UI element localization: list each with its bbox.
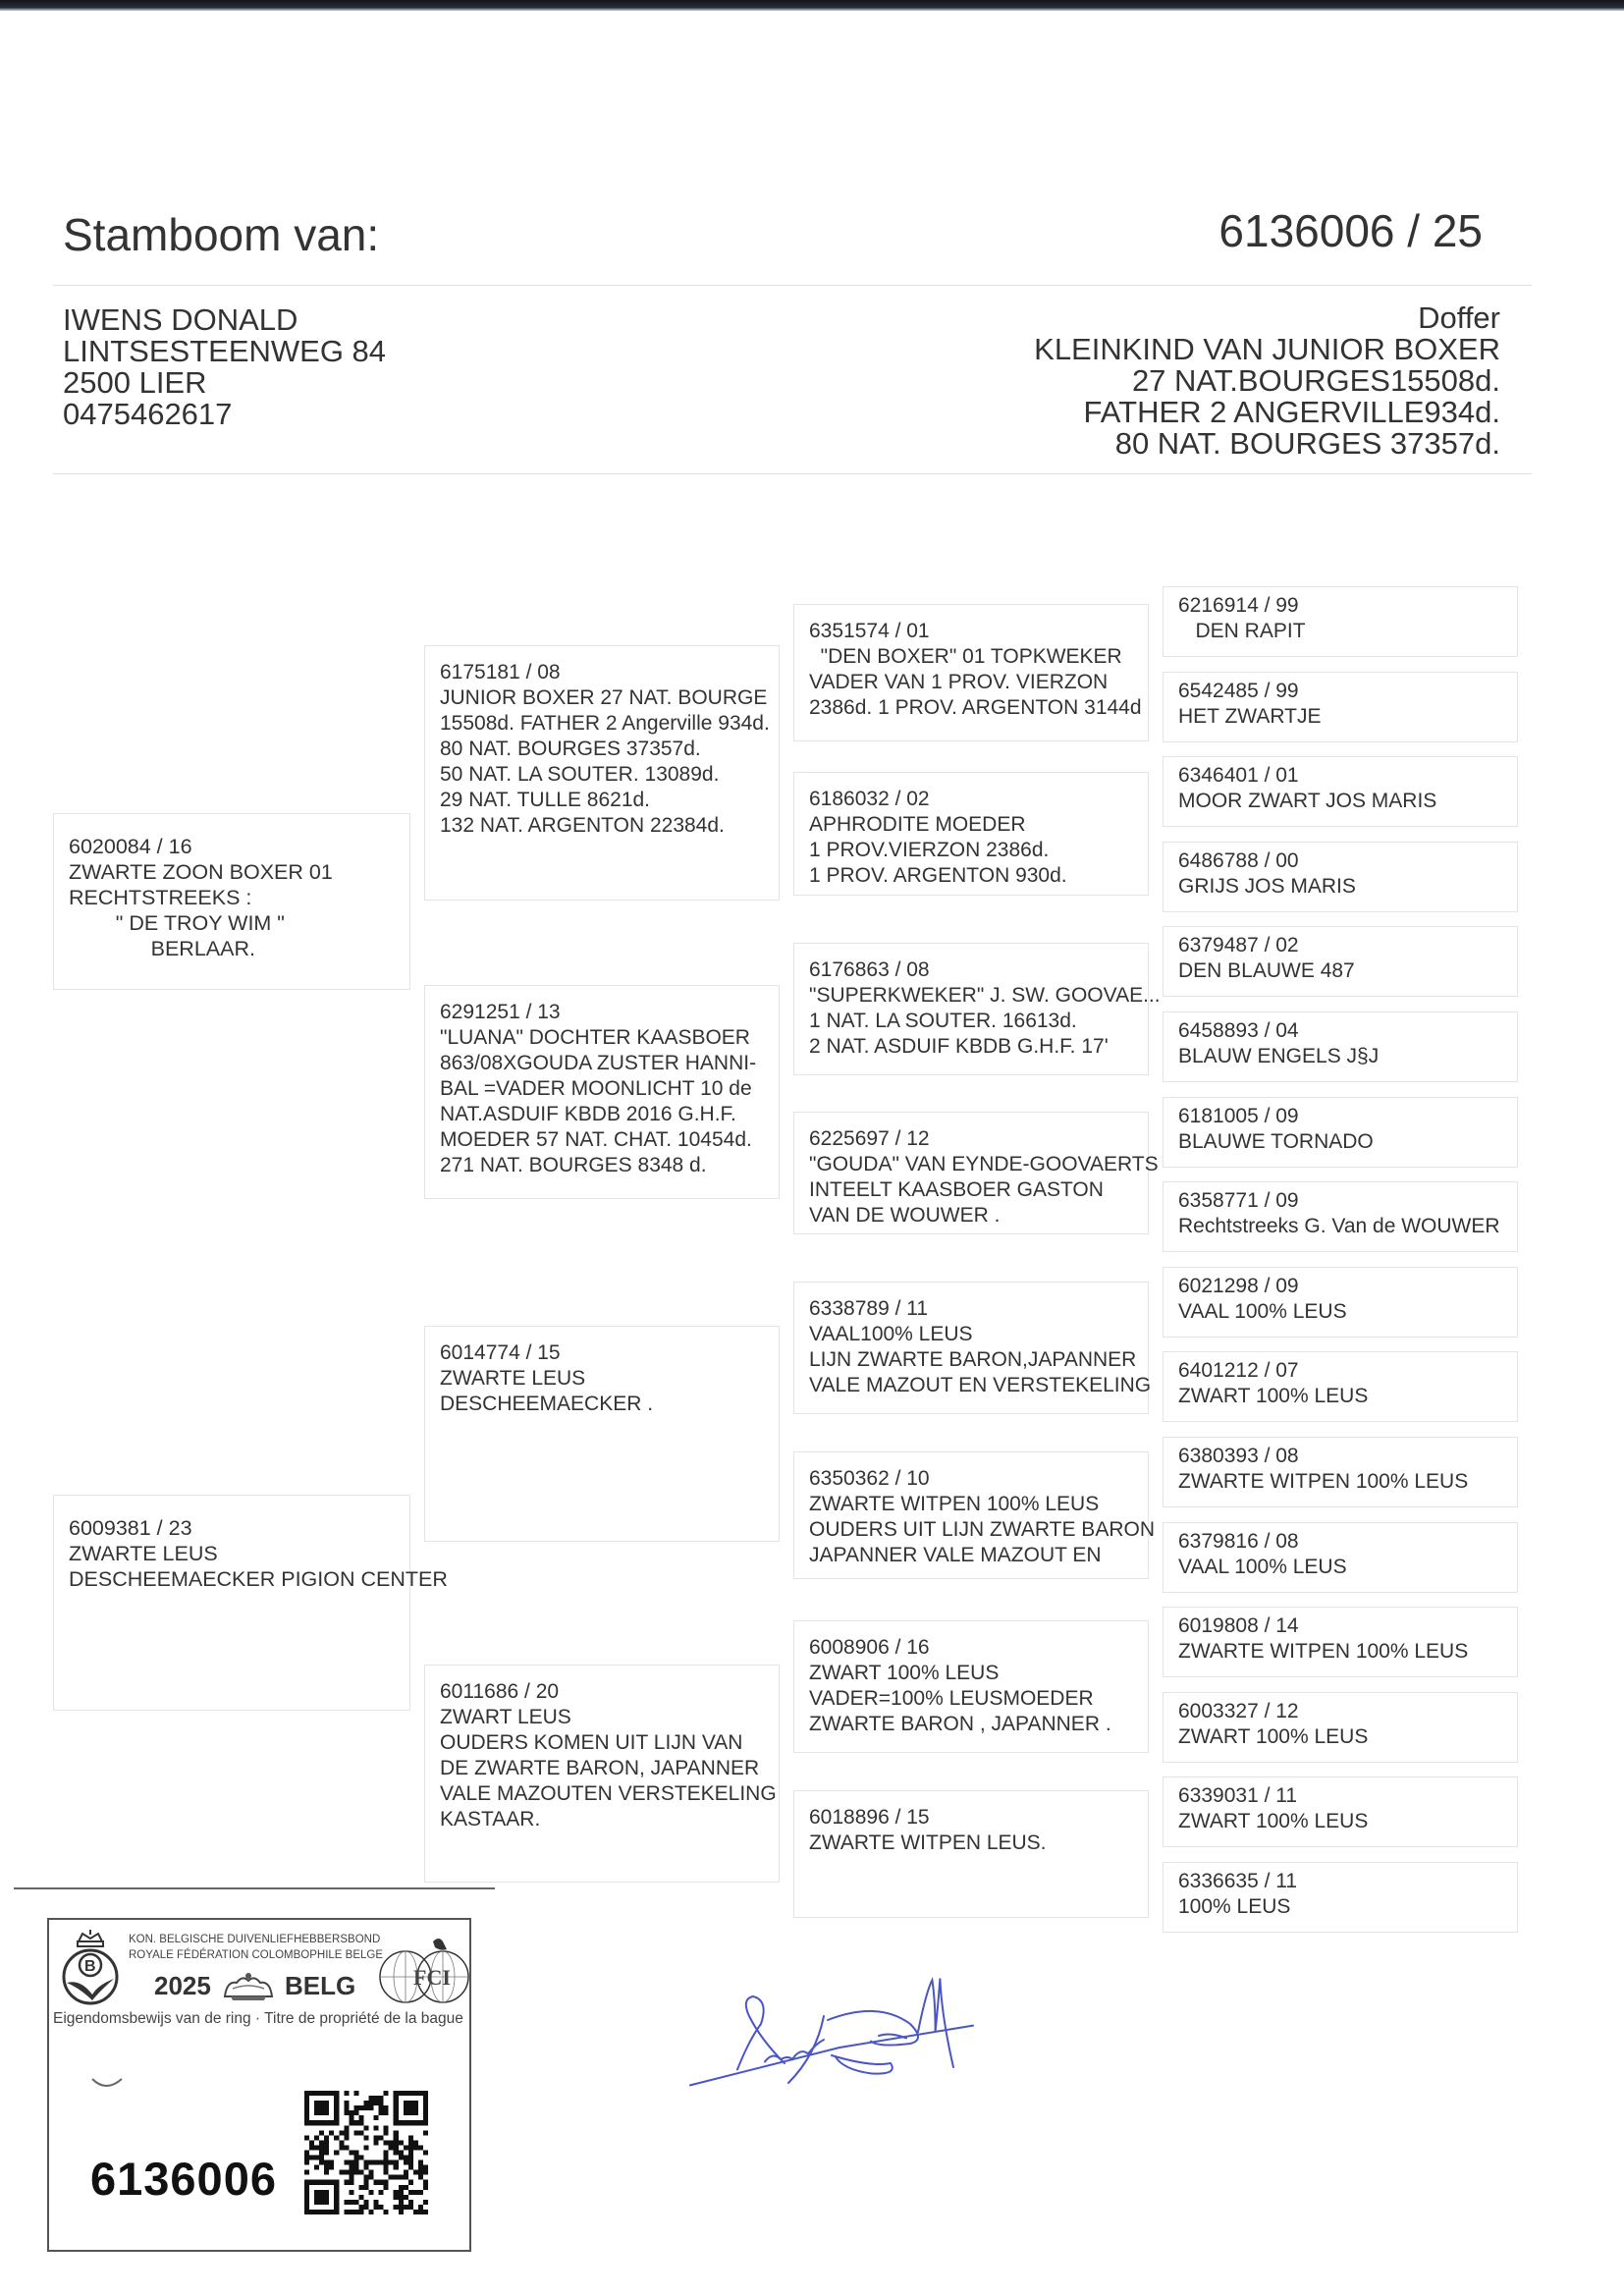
- pedigree-box-great-grandparents: 6351574 / 01 "DEN BOXER" 01 TOPKWEKERVAD…: [793, 604, 1149, 741]
- pedigree-line: ZWARTE WITPEN LEUS.: [809, 1831, 1047, 1856]
- owner-block: IWENS DONALD LINTSESTEENWEG 84 2500 LIER…: [63, 304, 386, 430]
- cert-year: 2025: [154, 1971, 211, 2001]
- pedigree-text: 6009381 / 23ZWARTE LEUSDESCHEEMAECKER PI…: [69, 1515, 448, 1592]
- pedigree-line: "DEN BOXER" 01 TOPKWEKER: [809, 644, 1142, 670]
- ring-number-title: 6136006 / 25: [1218, 204, 1483, 257]
- pedigree-box-great-grandparents: 6225697 / 12"GOUDA" VAN EYNDE-GOOVAERTSI…: [793, 1112, 1149, 1234]
- owner-name: IWENS DONALD: [63, 304, 386, 336]
- pedigree-line: ZWARTE LEUS: [69, 1541, 448, 1566]
- pedigree-box-great-great-grandparents: 6216914 / 99 DEN RAPIT: [1163, 586, 1518, 657]
- pedigree-text: 6542485 / 99HET ZWARTJE: [1178, 679, 1321, 730]
- ring-certificate: B KON. BELGISCHE DUIVENLIEFHEBBERSBOND R…: [47, 1918, 471, 2252]
- pedigree-line: 50 NAT. LA SOUTER. 13089d.: [440, 762, 770, 788]
- pedigree-line: VAN DE WOUWER .: [809, 1203, 1159, 1229]
- pedigree-line: LIJN ZWARTE BARON,JAPANNER: [809, 1347, 1151, 1373]
- pedigree-text: 6020084 / 16ZWARTE ZOON BOXER 01RECHTSTR…: [69, 834, 333, 961]
- pedigree-line: ZWARTE WITPEN 100% LEUS: [809, 1492, 1155, 1517]
- pedigree-ring-number: 6346401 / 01: [1178, 763, 1436, 789]
- pedigree-ring-number: 6339031 / 11: [1178, 1783, 1368, 1809]
- owner-city: 2500 LIER: [63, 367, 386, 399]
- pedigree-text: 6358771 / 09Rechtstreeks G. Van de WOUWE…: [1178, 1188, 1500, 1239]
- pedigree-line: 80 NAT. BOURGES 37357d.: [440, 737, 770, 762]
- pedigree-text: 6336635 / 11100% LEUS: [1178, 1869, 1297, 1920]
- pedigree-text: 6018896 / 15ZWARTE WITPEN LEUS.: [809, 1805, 1047, 1856]
- pedigree-text: 6346401 / 01MOOR ZWART JOS MARIS: [1178, 763, 1436, 814]
- bird-line: 80 NAT. BOURGES 37357d.: [1034, 428, 1500, 460]
- pedigree-line: 132 NAT. ARGENTON 22384d.: [440, 813, 770, 839]
- pedigree-ring-number: 6351574 / 01: [809, 619, 1142, 644]
- pedigree-ring-number: 6380393 / 08: [1178, 1444, 1468, 1469]
- pedigree-box-grandparents: 6175181 / 08JUNIOR BOXER 27 NAT. BOURGE1…: [424, 645, 780, 901]
- signature: [648, 1969, 1031, 2126]
- pedigree-line: HET ZWARTJE: [1178, 704, 1321, 730]
- pedigree-text: 6486788 / 00GRIJS JOS MARIS: [1178, 848, 1356, 900]
- pedigree-box-great-grandparents: 6018896 / 15ZWARTE WITPEN LEUS.: [793, 1790, 1149, 1918]
- pedigree-box-great-grandparents: 6350362 / 10ZWARTE WITPEN 100% LEUSOUDER…: [793, 1451, 1149, 1579]
- pedigree-ring-number: 6009381 / 23: [69, 1515, 448, 1541]
- pedigree-line: BLAUWE TORNADO: [1178, 1129, 1374, 1155]
- pedigree-box-great-grandparents: 6008906 / 16ZWART 100% LEUSVADER=100% LE…: [793, 1620, 1149, 1753]
- pedigree-box-great-great-grandparents: 6181005 / 09BLAUWE TORNADO: [1163, 1097, 1518, 1168]
- pedigree-line: 100% LEUS: [1178, 1894, 1297, 1920]
- pedigree-text: 6338789 / 11VAAL100% LEUSLIJN ZWARTE BAR…: [809, 1296, 1151, 1398]
- pedigree-line: " DE TROY WIM ": [69, 910, 333, 936]
- pedigree-line: 2 NAT. ASDUIF KBDB G.H.F. 17': [809, 1034, 1161, 1060]
- fci-globe-pigeon-logo: FCI: [376, 1936, 472, 2004]
- pedigree-line: DESCHEEMAECKER PIGION CENTER: [69, 1566, 448, 1592]
- pedigree-line: VALE MAZOUTEN VERSTEKELING: [440, 1781, 777, 1807]
- pedigree-line: MOEDER 57 NAT. CHAT. 10454d.: [440, 1127, 756, 1153]
- pedigree-line: APHRODITE MOEDER: [809, 812, 1067, 838]
- pedigree-ring-number: 6379816 / 08: [1178, 1529, 1347, 1555]
- pedigree-box-grandparents: 6011686 / 20ZWART LEUSOUDERS KOMEN UIT L…: [424, 1665, 780, 1883]
- pedigree-line: VADER=100% LEUSMOEDER: [809, 1686, 1111, 1712]
- pedigree-ring-number: 6018896 / 15: [809, 1805, 1047, 1831]
- pedigree-box-great-great-grandparents: 6380393 / 08ZWARTE WITPEN 100% LEUS: [1163, 1437, 1518, 1507]
- bird-line: 27 NAT.BOURGES15508d.: [1034, 365, 1500, 397]
- pedigree-ring-number: 6008906 / 16: [809, 1635, 1111, 1661]
- pedigree-line: 271 NAT. BOURGES 8348 d.: [440, 1153, 756, 1178]
- pedigree-text: 6003327 / 12ZWART 100% LEUS: [1178, 1699, 1368, 1750]
- pedigree-line: ZWART 100% LEUS: [809, 1661, 1111, 1686]
- pedigree-text: 6216914 / 99 DEN RAPIT: [1178, 593, 1306, 644]
- pedigree-text: 6350362 / 10ZWARTE WITPEN 100% LEUSOUDER…: [809, 1466, 1155, 1568]
- pedigree-line: KASTAAR.: [440, 1807, 777, 1832]
- pedigree-ring-number: 6216914 / 99: [1178, 593, 1306, 619]
- pedigree-line: VAAL 100% LEUS: [1178, 1299, 1347, 1325]
- pedigree-text: 6176863 / 08"SUPERKWEKER" J. SW. GOOVAE.…: [809, 957, 1161, 1060]
- pedigree-text: 6401212 / 07ZWART 100% LEUS: [1178, 1358, 1368, 1409]
- pedigree-line: JUNIOR BOXER 27 NAT. BOURGE: [440, 685, 770, 711]
- pedigree-ring-number: 6291251 / 13: [440, 1000, 756, 1025]
- pedigree-line: ZWART 100% LEUS: [1178, 1724, 1368, 1750]
- org-name-nl: KON. BELGISCHE DUIVENLIEFHEBBERSBOND: [129, 1934, 380, 1945]
- pedigree-ring-number: 6542485 / 99: [1178, 679, 1321, 704]
- pedigree-line: ZWARTE ZOON BOXER 01: [69, 859, 333, 885]
- pedigree-line: ZWART 100% LEUS: [1178, 1809, 1368, 1834]
- pedigree-text: 6291251 / 13"LUANA" DOCHTER KAASBOER863/…: [440, 1000, 756, 1178]
- pedigree-line: ZWARTE WITPEN 100% LEUS: [1178, 1469, 1468, 1495]
- bird-line: KLEINKIND VAN JUNIOR BOXER: [1034, 334, 1500, 365]
- pedigree-line: RECHTSTREEKS :: [69, 885, 333, 910]
- page-title: Stamboom van:: [63, 208, 379, 261]
- pedigree-line: NAT.ASDUIF KBDB 2016 G.H.F.: [440, 1102, 756, 1127]
- pedigree-line: "LUANA" DOCHTER KAASBOER: [440, 1025, 756, 1051]
- header-divider: [53, 285, 1532, 286]
- pedigree-line: ZWART LEUS: [440, 1705, 777, 1730]
- pedigree-box-great-grandparents: 6186032 / 02APHRODITE MOEDER1 PROV.VIERZ…: [793, 772, 1149, 896]
- org-name-fr: ROYALE FÉDÉRATION COLOMBOPHILE BELGE: [129, 1949, 383, 1961]
- pedigree-line: MOOR ZWART JOS MARIS: [1178, 789, 1436, 814]
- pedigree-line: DE ZWARTE BARON, JAPANNER: [440, 1756, 777, 1781]
- pedigree-line: DESCHEEMAECKER .: [440, 1392, 653, 1417]
- pedigree-line: BERLAAR.: [69, 936, 333, 961]
- pedigree-text: 6008906 / 16ZWART 100% LEUSVADER=100% LE…: [809, 1635, 1111, 1737]
- pedigree-line: 2386d. 1 PROV. ARGENTON 3144d: [809, 695, 1142, 721]
- pedigree-text: 6181005 / 09BLAUWE TORNADO: [1178, 1104, 1374, 1155]
- pedigree-text: 6379487 / 02DEN BLAUWE 487: [1178, 933, 1355, 984]
- pedigree-line: JAPANNER VALE MAZOUT EN: [809, 1543, 1155, 1568]
- pedigree-ring-number: 6379487 / 02: [1178, 933, 1355, 958]
- pedigree-ring-number: 6358771 / 09: [1178, 1188, 1500, 1214]
- bird-sex: Doffer: [1034, 302, 1500, 334]
- svg-text:FCI: FCI: [413, 1965, 451, 1990]
- pedigree-line: OUDERS UIT LIJN ZWARTE BARON: [809, 1517, 1155, 1543]
- pedigree-ring-number: 6020084 / 16: [69, 834, 333, 859]
- pedigree-line: "SUPERKWEKER" J. SW. GOOVAE...: [809, 983, 1161, 1009]
- pedigree-text: 6175181 / 08JUNIOR BOXER 27 NAT. BOURGE1…: [440, 660, 770, 839]
- pedigree-box-great-great-grandparents: 6336635 / 11100% LEUS: [1163, 1862, 1518, 1933]
- qr-code: [304, 2091, 428, 2214]
- pedigree-line: 29 NAT. TULLE 8621d.: [440, 788, 770, 813]
- pedigree-line: VAAL 100% LEUS: [1178, 1555, 1347, 1580]
- owner-phone: 0475462617: [63, 399, 386, 430]
- pedigree-line: 1 PROV. ARGENTON 930d.: [809, 863, 1067, 889]
- pedigree-line: DEN BLAUWE 487: [1178, 958, 1355, 984]
- pedigree-box-great-great-grandparents: 6021298 / 09VAAL 100% LEUS: [1163, 1267, 1518, 1338]
- pedigree-ring-number: 6486788 / 00: [1178, 848, 1356, 874]
- pedigree-text: 6351574 / 01 "DEN BOXER" 01 TOPKWEKERVAD…: [809, 619, 1142, 721]
- pedigree-ring-number: 6350362 / 10: [809, 1466, 1155, 1492]
- pedigree-text: 6186032 / 02APHRODITE MOEDER1 PROV.VIERZ…: [809, 787, 1067, 889]
- crown-emblem: [221, 1971, 276, 2002]
- pedigree-line: "GOUDA" VAN EYNDE-GOOVAERTS: [809, 1152, 1159, 1177]
- pedigree-box-parents: 6020084 / 16ZWARTE ZOON BOXER 01RECHTSTR…: [53, 813, 410, 990]
- pedigree-ring-number: 6003327 / 12: [1178, 1699, 1368, 1724]
- pedigree-line: BLAUW ENGELS J§J: [1178, 1044, 1379, 1069]
- pedigree-box-grandparents: 6291251 / 13"LUANA" DOCHTER KAASBOER863/…: [424, 985, 780, 1199]
- pedigree-box-great-great-grandparents: 6458893 / 04BLAUW ENGELS J§J: [1163, 1011, 1518, 1082]
- pedigree-line: ZWARTE BARON , JAPANNER .: [809, 1712, 1111, 1737]
- pedigree-ring-number: 6401212 / 07: [1178, 1358, 1368, 1384]
- pedigree-box-great-great-grandparents: 6358771 / 09Rechtstreeks G. Van de WOUWE…: [1163, 1181, 1518, 1252]
- pedigree-text: 6458893 / 04BLAUW ENGELS J§J: [1178, 1018, 1379, 1069]
- cert-caption: Eigendomsbewijs van de ring · Titre de p…: [53, 2010, 463, 2028]
- pedigree-line: OUDERS KOMEN UIT LIJN VAN: [440, 1730, 777, 1756]
- pedigree-text: 6380393 / 08ZWARTE WITPEN 100% LEUS: [1178, 1444, 1468, 1495]
- pedigree-line: VAAL100% LEUS: [809, 1322, 1151, 1347]
- pedigree-box-great-great-grandparents: 6401212 / 07ZWART 100% LEUS: [1163, 1351, 1518, 1422]
- pedigree-line: DEN RAPIT: [1178, 619, 1306, 644]
- pedigree-text: 6021298 / 09VAAL 100% LEUS: [1178, 1274, 1347, 1325]
- pedigree-line: 1 PROV.VIERZON 2386d.: [809, 838, 1067, 863]
- pedigree-box-great-great-grandparents: 6019808 / 14ZWARTE WITPEN 100% LEUS: [1163, 1607, 1518, 1677]
- pedigree-ring-number: 6011686 / 20: [440, 1679, 777, 1705]
- cert-country: BELG: [285, 1971, 355, 2001]
- pedigree-box-great-great-grandparents: 6379816 / 08VAAL 100% LEUS: [1163, 1522, 1518, 1593]
- pedigree-line: GRIJS JOS MARIS: [1178, 874, 1356, 900]
- pedigree-text: 6379816 / 08VAAL 100% LEUS: [1178, 1529, 1347, 1580]
- cert-ring-number: 6136006: [90, 2152, 277, 2206]
- pedigree-ring-number: 6181005 / 09: [1178, 1104, 1374, 1129]
- info-divider: [53, 473, 1532, 474]
- pedigree-line: ZWARTE WITPEN 100% LEUS: [1178, 1639, 1468, 1665]
- pedigree-text: 6019808 / 14ZWARTE WITPEN 100% LEUS: [1178, 1613, 1468, 1665]
- pedigree-box-grandparents: 6014774 / 15ZWARTE LEUSDESCHEEMAECKER .: [424, 1326, 780, 1542]
- pedigree-line: 15508d. FATHER 2 Angerville 934d.: [440, 711, 770, 737]
- decorative-mark: [88, 2075, 128, 2093]
- pedigree-box-great-great-grandparents: 6379487 / 02DEN BLAUWE 487: [1163, 926, 1518, 997]
- cert-cut-line: [14, 1887, 495, 1889]
- pedigree-line: 863/08XGOUDA ZUSTER HANNI-: [440, 1051, 756, 1076]
- pedigree-ring-number: 6225697 / 12: [809, 1126, 1159, 1152]
- pedigree-ring-number: 6176863 / 08: [809, 957, 1161, 983]
- pedigree-line: 1 NAT. LA SOUTER. 16613d.: [809, 1009, 1161, 1034]
- pedigree-box-great-great-grandparents: 6486788 / 00GRIJS JOS MARIS: [1163, 842, 1518, 912]
- pedigree-ring-number: 6458893 / 04: [1178, 1018, 1379, 1044]
- pedigree-text: 6011686 / 20ZWART LEUSOUDERS KOMEN UIT L…: [440, 1679, 777, 1832]
- pedigree-ring-number: 6186032 / 02: [809, 787, 1067, 812]
- pedigree-line: INTEELT KAASBOER GASTON: [809, 1177, 1159, 1203]
- pedigree-text: 6014774 / 15ZWARTE LEUSDESCHEEMAECKER .: [440, 1340, 653, 1417]
- svg-text:B: B: [84, 1958, 96, 1975]
- kbdb-b-swallow-logo: B: [59, 1930, 122, 2006]
- pedigree-ring-number: 6019808 / 14: [1178, 1613, 1468, 1639]
- pedigree-box-parents: 6009381 / 23ZWARTE LEUSDESCHEEMAECKER PI…: [53, 1495, 410, 1711]
- pedigree-line: VADER VAN 1 PROV. VIERZON: [809, 670, 1142, 695]
- scan-edge: [0, 0, 1624, 11]
- pedigree-ring-number: 6021298 / 09: [1178, 1274, 1347, 1299]
- pedigree-line: ZWARTE LEUS: [440, 1366, 653, 1392]
- pedigree-box-great-grandparents: 6338789 / 11VAAL100% LEUSLIJN ZWARTE BAR…: [793, 1282, 1149, 1414]
- pedigree-box-great-great-grandparents: 6346401 / 01MOOR ZWART JOS MARIS: [1163, 756, 1518, 827]
- pedigree-box-great-great-grandparents: 6003327 / 12ZWART 100% LEUS: [1163, 1692, 1518, 1763]
- pedigree-ring-number: 6338789 / 11: [809, 1296, 1151, 1322]
- owner-street: LINTSESTEENWEG 84: [63, 336, 386, 367]
- pedigree-line: Rechtstreeks G. Van de WOUWER: [1178, 1214, 1500, 1239]
- bird-info-block: Doffer KLEINKIND VAN JUNIOR BOXER 27 NAT…: [1034, 302, 1500, 460]
- pedigree-line: VALE MAZOUT EN VERSTEKELING: [809, 1373, 1151, 1398]
- pedigree-line: ZWART 100% LEUS: [1178, 1384, 1368, 1409]
- bird-line: FATHER 2 ANGERVILLE934d.: [1034, 397, 1500, 428]
- pedigree-box-great-great-grandparents: 6339031 / 11ZWART 100% LEUS: [1163, 1776, 1518, 1847]
- pedigree-ring-number: 6175181 / 08: [440, 660, 770, 685]
- pedigree-line: BAL =VADER MOONLICHT 10 de: [440, 1076, 756, 1102]
- pedigree-ring-number: 6336635 / 11: [1178, 1869, 1297, 1894]
- pedigree-ring-number: 6014774 / 15: [440, 1340, 653, 1366]
- pedigree-box-great-grandparents: 6176863 / 08"SUPERKWEKER" J. SW. GOOVAE.…: [793, 943, 1149, 1075]
- pedigree-text: 6225697 / 12"GOUDA" VAN EYNDE-GOOVAERTSI…: [809, 1126, 1159, 1229]
- pedigree-text: 6339031 / 11ZWART 100% LEUS: [1178, 1783, 1368, 1834]
- pedigree-box-great-great-grandparents: 6542485 / 99HET ZWARTJE: [1163, 672, 1518, 742]
